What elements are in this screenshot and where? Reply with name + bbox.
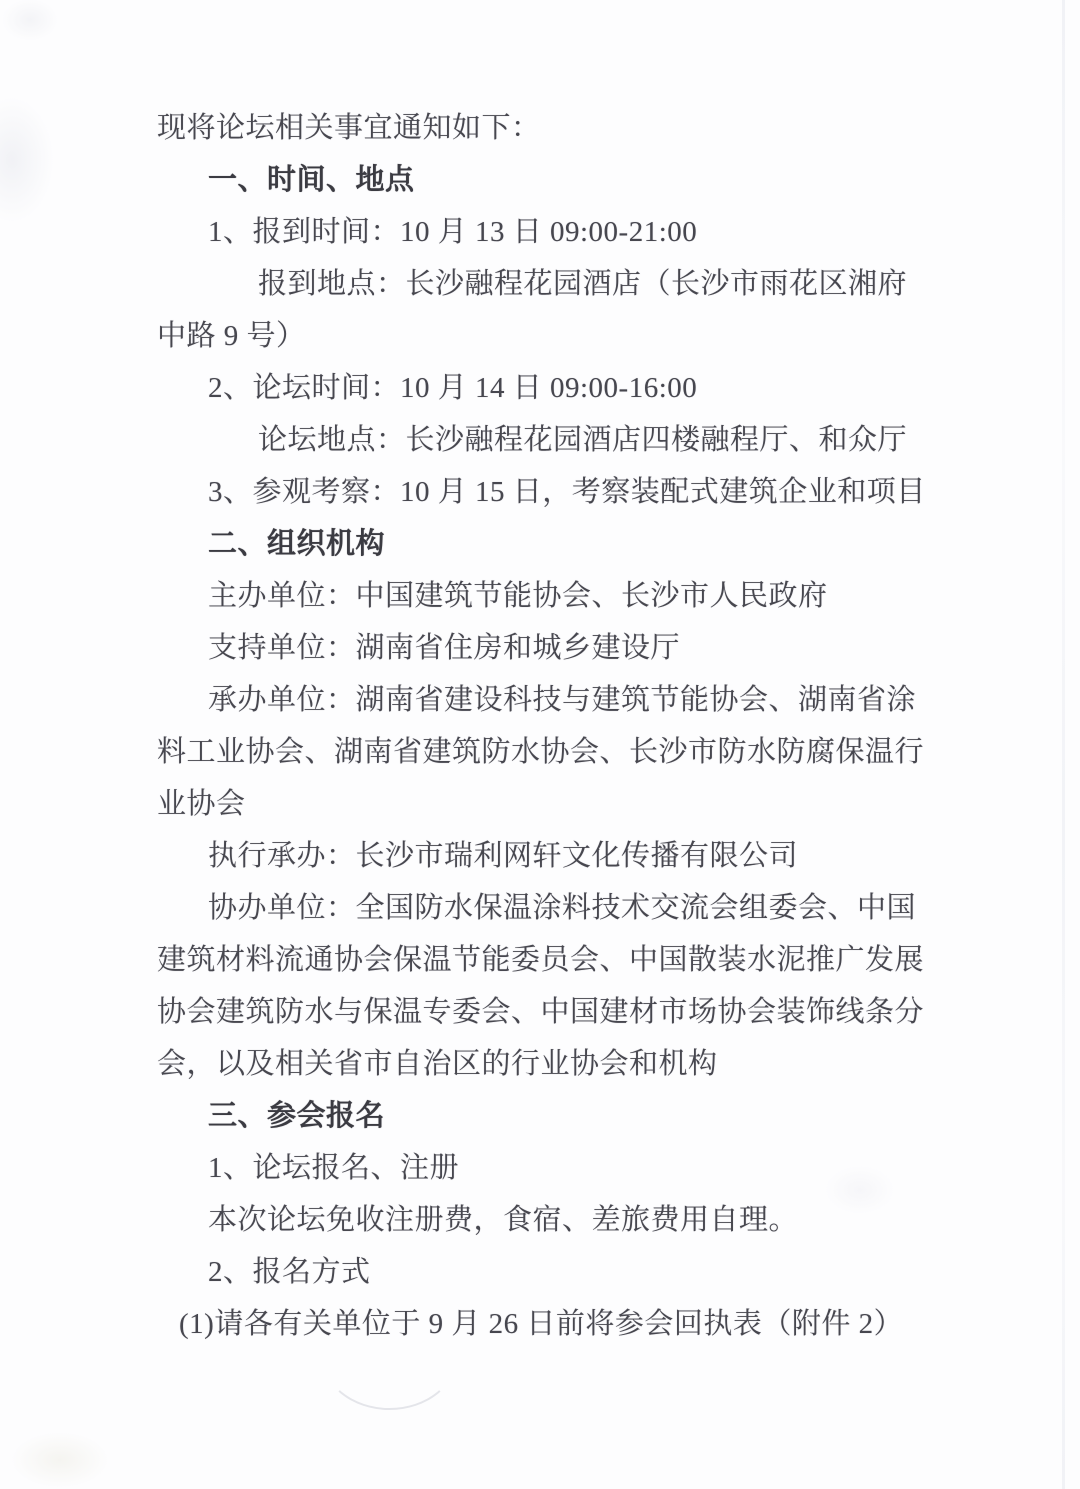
text-line: 承办单位：湖南省建设科技与建筑节能协会、湖南省涂 [157,674,957,726]
text-line: (1)请各有关单位于 9 月 26 日前将参会回执表（附件 2） [157,1298,957,1350]
text-line: 会，以及相关省市自治区的行业协会和机构 [157,1038,957,1090]
text-line: 1、报到时间：10 月 13 日 09:00-21:00 [157,206,957,258]
text-line: 料工业协会、湖南省建筑防水协会、长沙市防水防腐保温行 [157,726,957,778]
text-line: 中路 9 号） [157,310,957,362]
text-line: 协办单位：全国防水保温涂料技术交流会组委会、中国 [157,882,957,934]
text-line: 2、报名方式 [157,1246,957,1298]
section-heading: 一、时间、地点 [157,154,957,206]
text-line: 2、论坛时间：10 月 14 日 09:00-16:00 [157,362,957,414]
text-line: 主办单位：中国建筑节能协会、长沙市人民政府 [157,570,957,622]
text-line: 论坛地点：长沙融程花园酒店四楼融程厅、和众厅 [157,414,957,466]
text-line: 支持单位：湖南省住房和城乡建设厅 [157,622,957,674]
text-line: 协会建筑防水与保温专委会、中国建材市场协会装饰线条分 [157,986,957,1038]
text-line: 3、参观考察：10 月 15 日，考察装配式建筑企业和项目 [157,466,957,518]
scan-streak-artifact [1062,0,1065,1489]
text-line: 建筑材料流通协会保温节能委员会、中国散装水泥推广发展 [157,934,957,986]
scanned-notice-page: 现将论坛相关事宜通知如下：一、时间、地点1、报到时间：10 月 13 日 09:… [0,0,1080,1489]
section-heading: 二、组织机构 [157,518,957,570]
text-line: 本次论坛免收注册费，食宿、差旅费用自理。 [157,1194,957,1246]
text-line: 现将论坛相关事宜通知如下： [157,102,957,154]
text-line: 1、论坛报名、注册 [157,1142,957,1194]
text-line: 报到地点：长沙融程花园酒店（长沙市雨花区湘府 [157,258,957,310]
text-line: 执行承办：长沙市瑞利网轩文化传播有限公司 [157,830,957,882]
section-heading: 三、参会报名 [157,1090,957,1142]
text-line: 业协会 [157,778,957,830]
notice-body: 现将论坛相关事宜通知如下：一、时间、地点1、报到时间：10 月 13 日 09:… [157,102,957,1350]
